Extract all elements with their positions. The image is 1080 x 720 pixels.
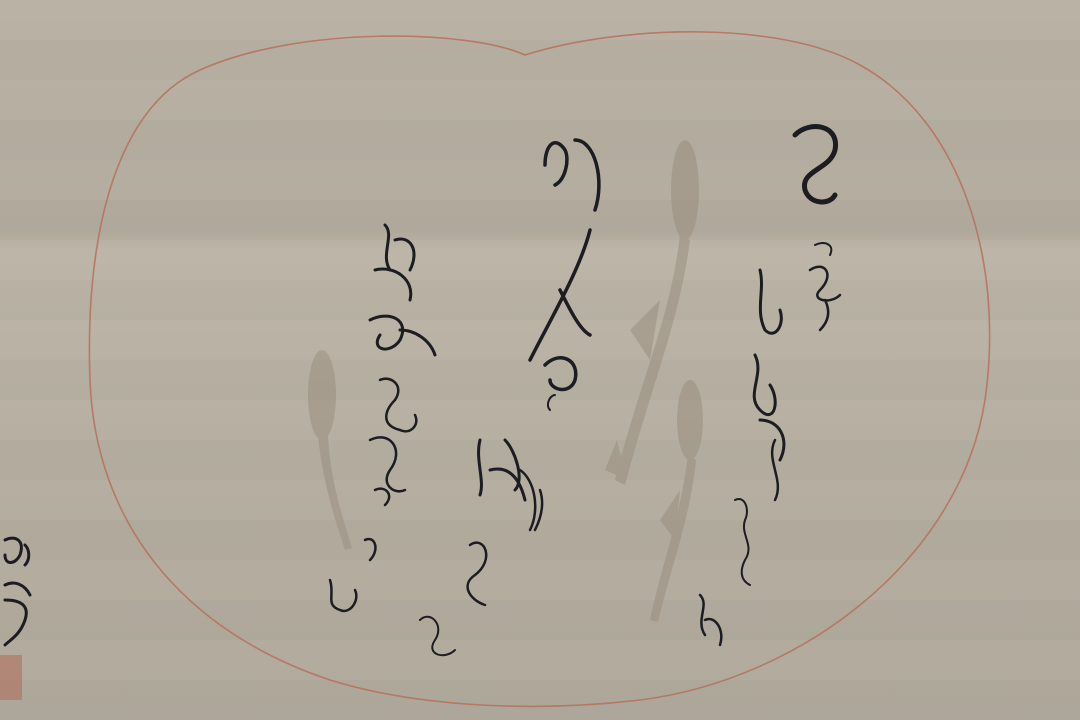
peach-outline xyxy=(89,32,989,707)
painting-canvas xyxy=(0,0,1080,720)
signature xyxy=(5,538,30,645)
scroll-painting xyxy=(0,0,1080,720)
calligraphy-poem xyxy=(330,127,840,656)
red-seal xyxy=(0,655,22,700)
horsetail-shoots xyxy=(308,140,703,622)
